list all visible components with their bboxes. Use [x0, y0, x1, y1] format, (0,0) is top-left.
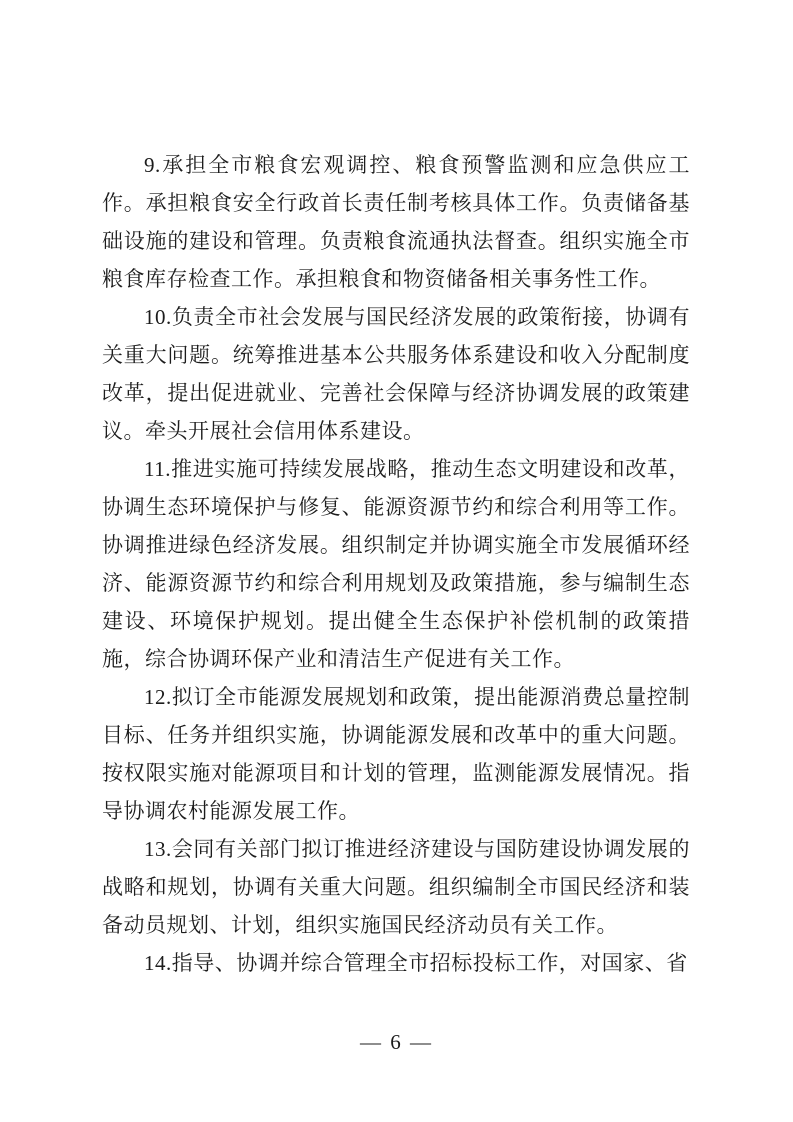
page-number: — 6 —: [0, 1023, 793, 1061]
paragraph-item-10: 10.负责全市社会发展与国民经济发展的政策衔接，协调有关重大问题。统筹推进基本公…: [102, 298, 690, 450]
paragraph-item-12: 12.拟订全市能源发展规划和政策，提出能源消费总量控制目标、任务并组织实施，协调…: [102, 678, 690, 830]
document-body: 9.承担全市粮食宏观调控、粮食预警监测和应急供应工作。承担粮食安全行政首长责任制…: [102, 146, 690, 982]
paragraph-item-11: 11.推进实施可持续发展战略，推动生态文明建设和改革，协调生态环境保护与修复、能…: [102, 450, 690, 678]
document-page: 9.承担全市粮食宏观调控、粮食预警监测和应急供应工作。承担粮食安全行政首长责任制…: [0, 0, 793, 1122]
paragraph-item-13: 13.会同有关部门拟订推进经济建设与国防建设协调发展的战略和规划，协调有关重大问…: [102, 830, 690, 944]
paragraph-item-9: 9.承担全市粮食宏观调控、粮食预警监测和应急供应工作。承担粮食安全行政首长责任制…: [102, 146, 690, 298]
paragraph-item-14: 14.指导、协调并综合管理全市招标投标工作，对国家、省: [102, 944, 690, 982]
